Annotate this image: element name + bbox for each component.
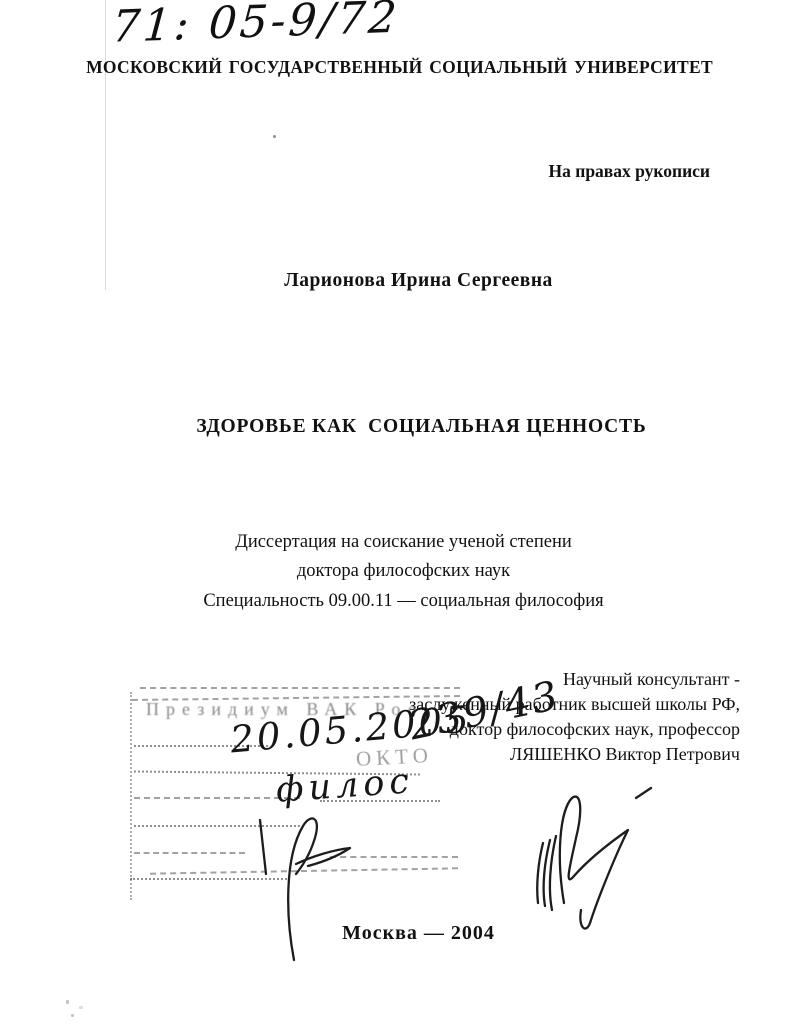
degree-line-1: Диссертация на соискание ученой степени (0, 532, 799, 553)
scan-speck (273, 135, 276, 138)
author-name: Ларионова Ирина Сергеевна (0, 270, 799, 292)
stamp-border-left (130, 692, 132, 900)
handwritten-catalog-number: 71: 05-9/72 (110, 0, 443, 53)
signature-right (513, 783, 663, 933)
imprint-line: Москва — 2004 (0, 922, 799, 945)
stamp-noise-line (140, 687, 460, 689)
stamp-noise-line (134, 852, 245, 854)
manuscript-note: На правах рукописи (549, 161, 711, 182)
scan-edge-line (105, 0, 106, 290)
dissertation-title-page: 71: 05-9/72 МОСКОВСКИЙ ГОСУДАРСТВЕННЫЙ С… (0, 0, 799, 1034)
scan-speck (71, 1014, 74, 1017)
university-header: МОСКОВСКИЙ ГОСУДАРСТВЕННЫЙ СОЦИАЛЬНЫЙ УН… (0, 57, 799, 78)
dissertation-title: ЗДОРОВЬЕ КАК СОЦИАЛЬНАЯ ЦЕННОСТЬ (0, 416, 799, 438)
degree-line-2: доктора философских наук (0, 561, 799, 582)
scan-speck (66, 1000, 69, 1004)
scan-speck (79, 1006, 83, 1009)
specialty-line: Специальность 09.00.11 — социальная фило… (0, 591, 799, 612)
